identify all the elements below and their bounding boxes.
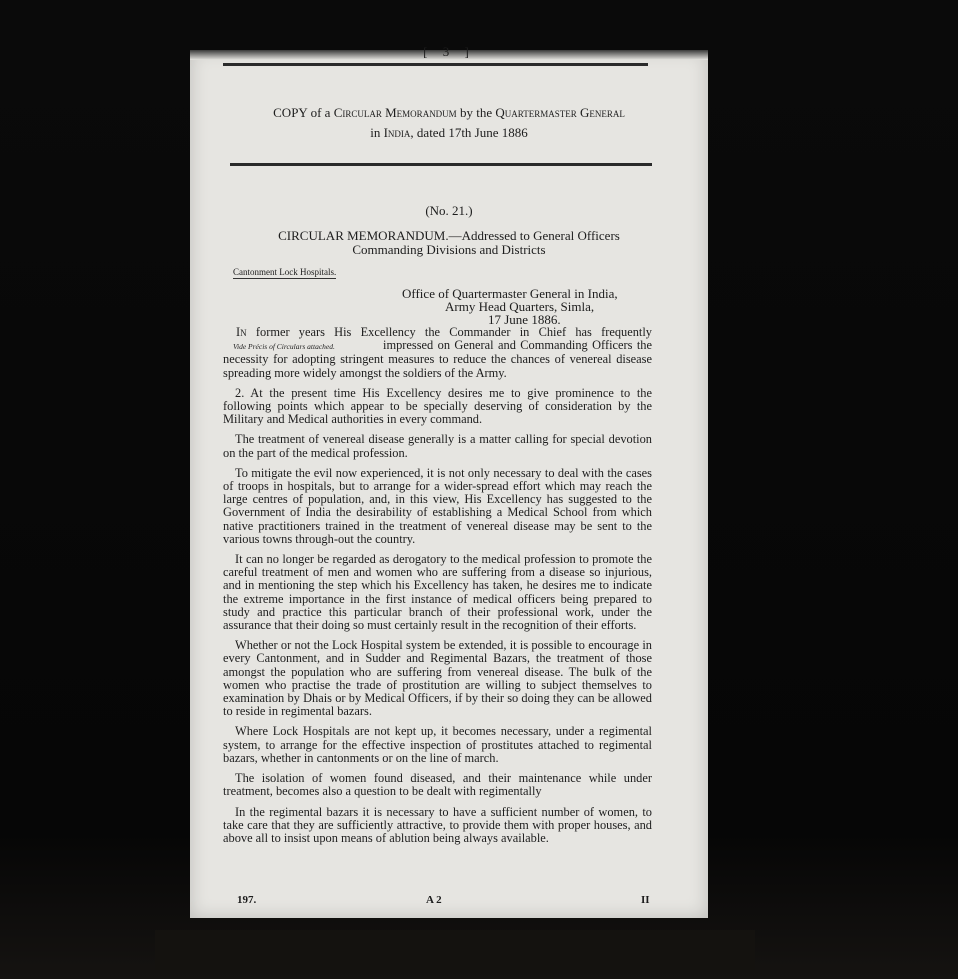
paragraph-2: 2. At the present time His Excellency de…: [223, 387, 652, 427]
side-heading: Cantonment Lock Hospitals.: [233, 267, 336, 279]
memorandum-number: (No. 21.): [190, 203, 708, 219]
paragraph-3: The treatment of venereal disease genera…: [223, 433, 652, 459]
heading-copy: COPY: [273, 105, 307, 120]
document-heading: COPY of a Circular Memorandum by the Qua…: [190, 103, 708, 143]
paragraph-1-lead: In: [236, 325, 247, 339]
paragraph-7: Where Lock Hospitals are not kept up, it…: [223, 725, 652, 765]
paragraph-1-text-a: former years His Excellency the Commande…: [247, 325, 652, 339]
page-number: [ 3 ]: [190, 44, 708, 60]
title-line-2: Commanding Divisions and Districts: [190, 243, 708, 257]
heading-by-the: by the: [460, 105, 492, 120]
paragraph-8: The isolation of women found diseased, a…: [223, 772, 652, 798]
sender-address: Office of Quartermaster General in India…: [190, 287, 708, 326]
paragraph-1: In former years His Excellency the Comma…: [223, 326, 652, 380]
paragraph-6: Whether or not the Lock Hospital system …: [223, 639, 652, 718]
footer-right: II: [641, 894, 650, 906]
paragraph-9: In the regimental bazars it is necessary…: [223, 806, 652, 846]
slide-mount-strip: [155, 930, 755, 970]
document-page: [ 3 ] COPY of a Circular Memorandum by t…: [190, 50, 708, 918]
heading-india: India: [384, 125, 411, 140]
heading-circular-memorandum: Circular Memorandum: [334, 105, 457, 120]
footer-left: 197.: [237, 894, 256, 906]
footer-signature-mark: A 2: [426, 894, 442, 906]
heading-in: in: [370, 125, 380, 140]
paragraph-4: To mitigate the evil now experienced, it…: [223, 467, 652, 546]
top-rule: [223, 63, 648, 66]
memorandum-body: In former years His Excellency the Comma…: [223, 326, 652, 852]
heading-dated: , dated 17th June 1886: [410, 125, 527, 140]
heading-quartermaster-general: Quartermaster General: [495, 105, 625, 120]
paragraph-5: It can no longer be regarded as derogato…: [223, 553, 652, 632]
heading-rule: [230, 163, 652, 166]
title-line-1: CIRCULAR MEMORANDUM.—Addressed to Genera…: [190, 229, 708, 243]
heading-of-a: of a: [311, 105, 331, 120]
memorandum-title: CIRCULAR MEMORANDUM.—Addressed to Genera…: [190, 229, 708, 257]
